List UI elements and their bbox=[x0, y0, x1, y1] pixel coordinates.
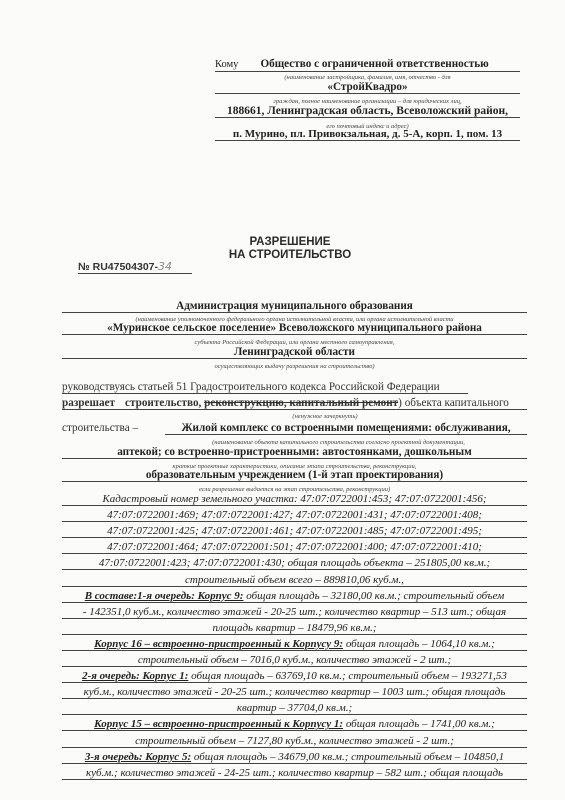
detail-line: 47:07:0722001:464; 47:07:0722001:501; 47… bbox=[62, 541, 527, 554]
detail-bold-prefix: Корпус 15 – встроенно-пристроенный к Кор… bbox=[94, 718, 343, 730]
permits-kept: строительство, bbox=[125, 397, 201, 409]
detail-line: строительный объем всего – 889810,06 куб… bbox=[62, 574, 527, 587]
permits-tail: ) объекта капитального bbox=[398, 397, 509, 409]
detail-text: строительный объем – 7127,80 куб.м., кол… bbox=[135, 735, 454, 747]
authority-line-2: «Муринское сельское поселение» Всеволожс… bbox=[62, 322, 527, 335]
detail-bold-prefix: Корпус 16 – встроенно-пристроенный к Кор… bbox=[94, 638, 343, 650]
detail-text: строительный объем всего – 889810,06 куб… bbox=[185, 574, 404, 586]
authority-line-3: Ленинградской области bbox=[62, 346, 527, 359]
detail-text: общая площадь – 1064,10 кв.м.; bbox=[343, 638, 495, 650]
guided-by-text: руководствуясь статьей 51 Градостроитель… bbox=[62, 381, 468, 394]
detail-line: куб.м., количество этажей - 20-25 шт.; к… bbox=[62, 686, 527, 699]
detail-line: В составе:1-я очередь: Корпус 9: общая п… bbox=[62, 590, 527, 603]
detail-text: куб.м.; количество этажей - 24-25 шт.; к… bbox=[86, 767, 503, 779]
detail-text: - 142351,0 куб.м., количество этажей - 2… bbox=[83, 606, 506, 618]
detail-text: Кадастровый номер земельного участка: 47… bbox=[103, 493, 487, 505]
detail-bold-prefix: 2-я очередь: Корпус 1: bbox=[82, 670, 188, 682]
construction-label: строительства – bbox=[62, 422, 172, 434]
detail-text: общая площадь – 32180,00 кв.м.; строител… bbox=[243, 590, 504, 602]
detail-text: 47:07:0722001:464; 47:07:0722001:501; 47… bbox=[107, 541, 482, 553]
detail-line: 47:07:0722001:469; 47:07:0722001:427; 47… bbox=[62, 509, 527, 522]
object-line-1: Жилой комплекс со встроенными помещениям… bbox=[165, 422, 527, 435]
detail-text: общая площадь – 1741,00 кв.м.; bbox=[343, 718, 495, 730]
detail-text: 47:07:0722001:423; 47:07:0722001:430; об… bbox=[99, 557, 490, 569]
object-line-3: образовательным учреждением (1-й этап пр… bbox=[62, 469, 527, 482]
detail-text: 47:07:0722001:425; 47:07:0722001:461; 47… bbox=[107, 525, 482, 537]
detail-line: площадь квартир – 18479,96 кв.м.; bbox=[62, 622, 527, 635]
detail-line: Корпус 16 – встроенно-пристроенный к Кор… bbox=[62, 638, 527, 651]
detail-text: площадь квартир – 18479,96 кв.м.; bbox=[212, 622, 376, 634]
detail-line: 3-я очередь: Корпус 5: общая площадь – 3… bbox=[62, 751, 527, 764]
detail-line: куб.м.; количество этажей - 24-25 шт.; к… bbox=[62, 767, 527, 780]
recipient-line-1: КомуОбщество с ограниченной ответственно… bbox=[215, 58, 520, 72]
document-title-line-1: РАЗРЕШЕНИЕ bbox=[220, 236, 360, 248]
detail-line: 2-я очередь: Корпус 1: общая площадь – 6… bbox=[62, 670, 527, 683]
authority-line-1: Администрация муниципального образования bbox=[62, 300, 527, 313]
detail-text: куб.м., количество этажей - 20-25 шт.; к… bbox=[84, 686, 506, 698]
detail-line: 47:07:0722001:423; 47:07:0722001:430; об… bbox=[62, 557, 527, 570]
recipient-name: Общество с ограниченной ответственностью bbox=[260, 58, 488, 70]
permit-number-handwritten: 34 bbox=[158, 260, 172, 273]
document-title-line-2: НА СТРОИТЕЛЬСТВО bbox=[220, 249, 360, 261]
object-line-2: аптекой; со встроенно-пристроенными: авт… bbox=[62, 446, 527, 459]
recipient-address-1: 188661, Ленинградская область, Всеволожс… bbox=[215, 105, 520, 118]
detail-text: квартир – 37704,0 кв.м.; bbox=[237, 702, 352, 714]
detail-text: строительный объем – 7016,0 куб.м., коли… bbox=[138, 654, 451, 666]
detail-text: общая площадь – 63769,10 кв.м.; строител… bbox=[188, 670, 507, 682]
recipient-name-2: «СтройКвадро» bbox=[215, 81, 520, 94]
detail-line: Корпус 15 – встроенно-пристроенный к Кор… bbox=[62, 718, 527, 731]
to-label: Кому bbox=[215, 59, 238, 70]
permits-line: разрешаетстроительство, реконструкцию, к… bbox=[62, 397, 527, 410]
detail-text: 47:07:0722001:469; 47:07:0722001:427; 47… bbox=[107, 509, 482, 521]
permit-number-prefix: № RU47504307- bbox=[78, 261, 158, 273]
detail-line: квартир – 37704,0 кв.м.; bbox=[62, 702, 527, 715]
detail-line: строительный объем – 7016,0 куб.м., коли… bbox=[62, 654, 527, 667]
detail-line: Кадастровый номер земельного участка: 47… bbox=[62, 493, 527, 506]
detail-bold-prefix: 3-я очередь: Корпус 5: bbox=[85, 751, 191, 763]
detail-line: - 142351,0 куб.м., количество этажей - 2… bbox=[62, 606, 527, 619]
detail-line: строительный объем – 7127,80 куб.м., кол… bbox=[62, 735, 527, 748]
permits-label: разрешает bbox=[62, 397, 115, 409]
recipient-address-2: п. Мурино, пл. Привокзальная, д. 5-А, ко… bbox=[215, 128, 520, 141]
caption-authority-3: осуществляющих выдачу разрешения на стро… bbox=[62, 361, 527, 373]
permit-number: № RU47504307-34 bbox=[78, 261, 192, 274]
detail-line: 47:07:0722001:425; 47:07:0722001:461; 47… bbox=[62, 525, 527, 538]
detail-bold-prefix: В составе:1-я очередь: Корпус 9: bbox=[85, 590, 244, 602]
detail-text: общая площадь – 34679,00 кв.м.; строител… bbox=[191, 751, 504, 763]
permits-struck: реконструкцию, капитальный ремонт bbox=[204, 397, 398, 409]
document-page: КомуОбщество с ограниченной ответственно… bbox=[0, 0, 565, 800]
